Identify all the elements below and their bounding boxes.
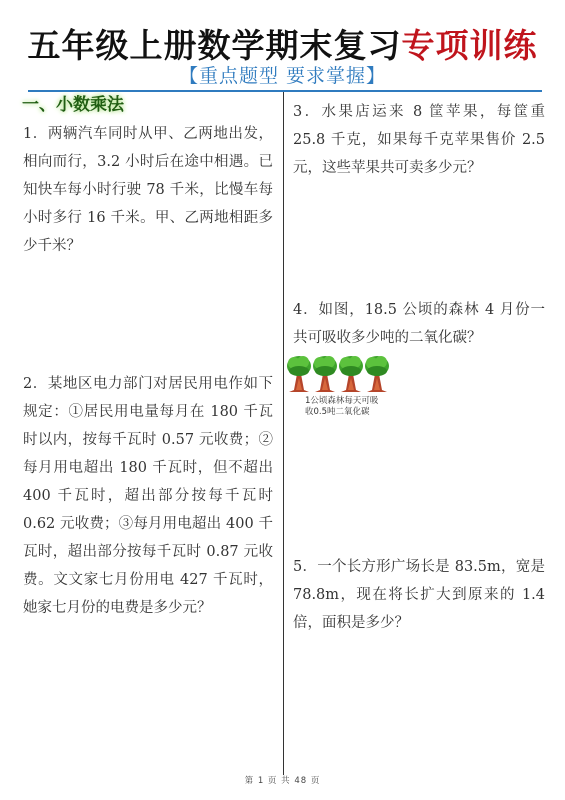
- page-title: 五年级上册数学期末复习专项训练: [0, 24, 565, 68]
- question-1: 1．两辆汽车同时从甲、乙两地出发，相向而行，3.2 小时后在途中相遇。已知快车每…: [23, 120, 273, 260]
- page-number: 第 1 页 共 48 页: [0, 774, 565, 786]
- question-5: 5．一个长方形广场长是 83.5m，宽是 78.8m，现在将长扩大到原来的 1.…: [293, 553, 545, 637]
- question-3: 3．水果店运来 8 筐苹果，每筐重 25.8 千克，如果每千克苹果售价 2.5 …: [293, 98, 545, 182]
- figure-caption-line-2: 收0.5吨二氧化碳: [305, 407, 405, 418]
- page-subtitle: 【重点题型 要求掌握】: [0, 64, 565, 88]
- column-divider: [283, 92, 284, 775]
- question-2: 2．某地区电力部门对居民用电作如下规定：①居民用电量每月在 180 千瓦时以内，…: [23, 370, 273, 622]
- question-4: 4．如图，18.5 公顷的森林 4 月份一共可吸收多少吨的二氧化碳？: [293, 296, 545, 352]
- figure-caption-line-1: 1公顷森林每天可吸: [305, 396, 405, 407]
- header-rule: [28, 90, 542, 92]
- page-title-main: 五年级上册数学期末复习: [28, 26, 402, 65]
- page-title-highlight: 专项训练: [402, 26, 538, 65]
- forest-trees-icon: [287, 352, 397, 394]
- section-title: 一、小数乘法: [22, 93, 124, 117]
- figure-caption: 1公顷森林每天可吸 收0.5吨二氧化碳: [305, 396, 405, 418]
